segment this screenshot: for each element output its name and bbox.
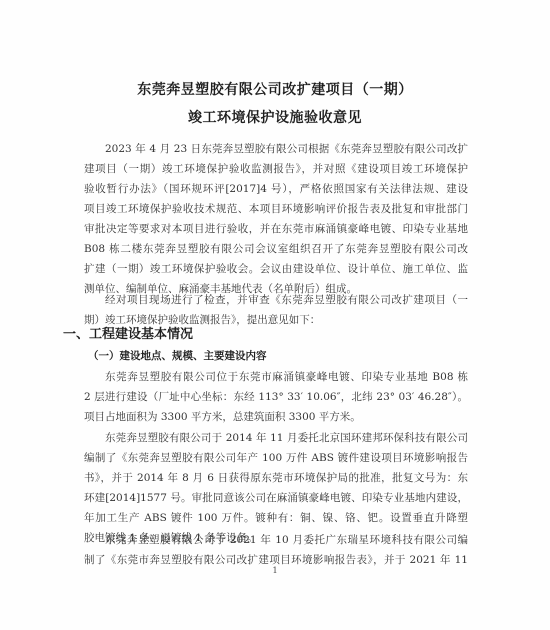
section-heading: 一、工程建设基本情况 (63, 323, 193, 342)
text-line: 项目竣工环境保护验收技术规范、本项目环境影响评价报告表及批复和审批部门 (84, 199, 468, 219)
document-subtitle: 竣工环境保护设施验收意见 (0, 107, 550, 127)
paragraph-location: 东莞奔昱塑胶有限公司位于东莞市麻涌镇豪峰电镀、印染专业基地 B08 栋 2 层进… (84, 367, 468, 427)
text-line: 东莞奔昱塑胶有限公司于 2014 年 11 月委托北京国环建邦环保科技有限公司 (84, 428, 468, 448)
text-line: B08 栋二楼东莞奔昱塑胶有限公司会议室组织召开了东莞奔昱塑胶有限公司改 (84, 239, 468, 259)
text-line: 书》，并于 2014 年 8 月 6 日获得原东莞市环境保护局的批准，批复文号为… (84, 468, 468, 488)
document-page: 东莞奔昱塑胶有限公司改扩建项目（一期） 竣工环境保护设施验收意见 2023 年 … (0, 0, 550, 630)
text-line: 东莞奔昱塑胶有限公司位于东莞市麻涌镇豪峰电镀、印染专业基地 B08 栋 (84, 367, 468, 387)
text-line: 年加工生产 ABS 镀件 100 万件。镀种有：铜、镍、铬、钯。设置垂直升降塑 (84, 508, 468, 528)
text-line: 2023 年 4 月 23 日东莞奔昱塑胶有限公司根据《东莞奔昱塑胶有限公司改扩 (84, 139, 468, 159)
paragraph-meeting-intro: 2023 年 4 月 23 日东莞奔昱塑胶有限公司根据《东莞奔昱塑胶有限公司改扩… (84, 139, 468, 299)
subsection-heading: （一）建设地点、规模、主要建设内容 (88, 348, 267, 363)
paragraph-eia-2021: 东莞奔昱塑胶有限公司于 2021 年 10 月委托广东瑞星环境科技有限公司编 制… (84, 530, 468, 570)
text-line: 审批决定等要求对本项目进行验收，并在东莞市麻涌镇豪峰电镀、印染专业基地 (84, 219, 468, 239)
text-line: 2 层进行建设（厂址中心坐标：东经 113° 33′ 10.06″，北纬 23°… (84, 387, 468, 407)
text-line: 编制了《东莞奔昱塑胶有限公司年产 100 万件 ABS 镀件建设项目环境影响报告 (84, 448, 468, 468)
text-line: 经对项目现场进行了检查，并审查《东莞奔昱塑胶有限公司改扩建项目（一 (84, 290, 468, 310)
text-line: 验收暂行办法》（国环规环评[2017]4 号），严格依照国家有关法律法规、建设 (84, 179, 468, 199)
text-line: 建项目（一期）竣工环境保护验收监测报告》，并对照《建设项目竣工环境保护 (84, 159, 468, 179)
text-line: 东莞奔昱塑胶有限公司于 2021 年 10 月委托广东瑞星环境科技有限公司编 (84, 530, 468, 550)
text-line: 环建[2014]1577 号。审批同意该公司在麻涌镇豪峰电镀、印染专业基地内建设… (84, 488, 468, 508)
document-title: 东莞奔昱塑胶有限公司改扩建项目（一期） (0, 79, 550, 99)
page-number: 1 (0, 566, 550, 575)
text-line: 项目占地面积为 3300 平方米，总建筑面积 3300 平方米。 (84, 407, 468, 427)
text-line: 扩建（一期）竣工环境保护验收会。会议由建设单位、设计单位、施工单位、监 (84, 259, 468, 279)
